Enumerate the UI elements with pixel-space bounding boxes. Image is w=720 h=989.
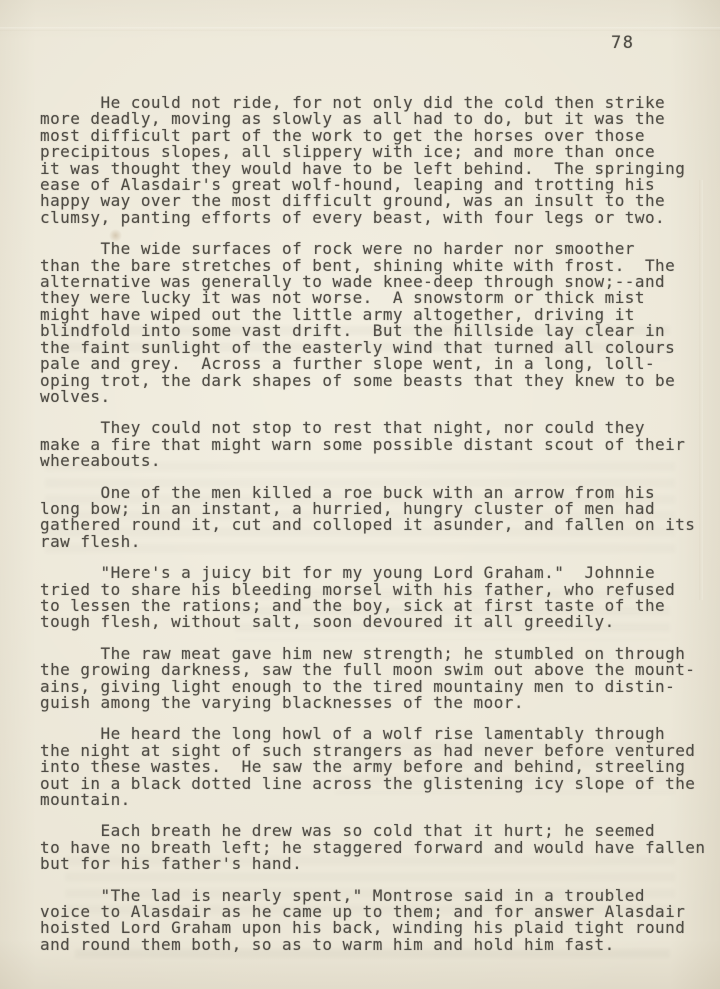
page-body: He could not ride, for not only did the … (40, 95, 710, 968)
paragraph: Each breath he drew was so cold that it … (40, 823, 710, 872)
paragraph: "Here's a juicy bit for my young Lord Gr… (40, 565, 710, 631)
paragraph: "The lad is nearly spent," Montrose said… (40, 888, 710, 954)
paragraph: The wide surfaces of rock were no harder… (40, 241, 710, 405)
page-number: 78 (611, 33, 634, 53)
paragraph: The raw meat gave him new strength; he s… (40, 646, 710, 712)
paragraph: They could not stop to rest that night, … (40, 420, 710, 469)
typewritten-manuscript-page: 78 He could not ride, for not only did t… (0, 0, 720, 989)
paper-crease (0, 27, 720, 31)
paragraph: He could not ride, for not only did the … (40, 95, 710, 226)
paragraph: One of the men killed a roe buck with an… (40, 485, 710, 551)
paragraph: He heard the long howl of a wolf rise la… (40, 726, 710, 808)
